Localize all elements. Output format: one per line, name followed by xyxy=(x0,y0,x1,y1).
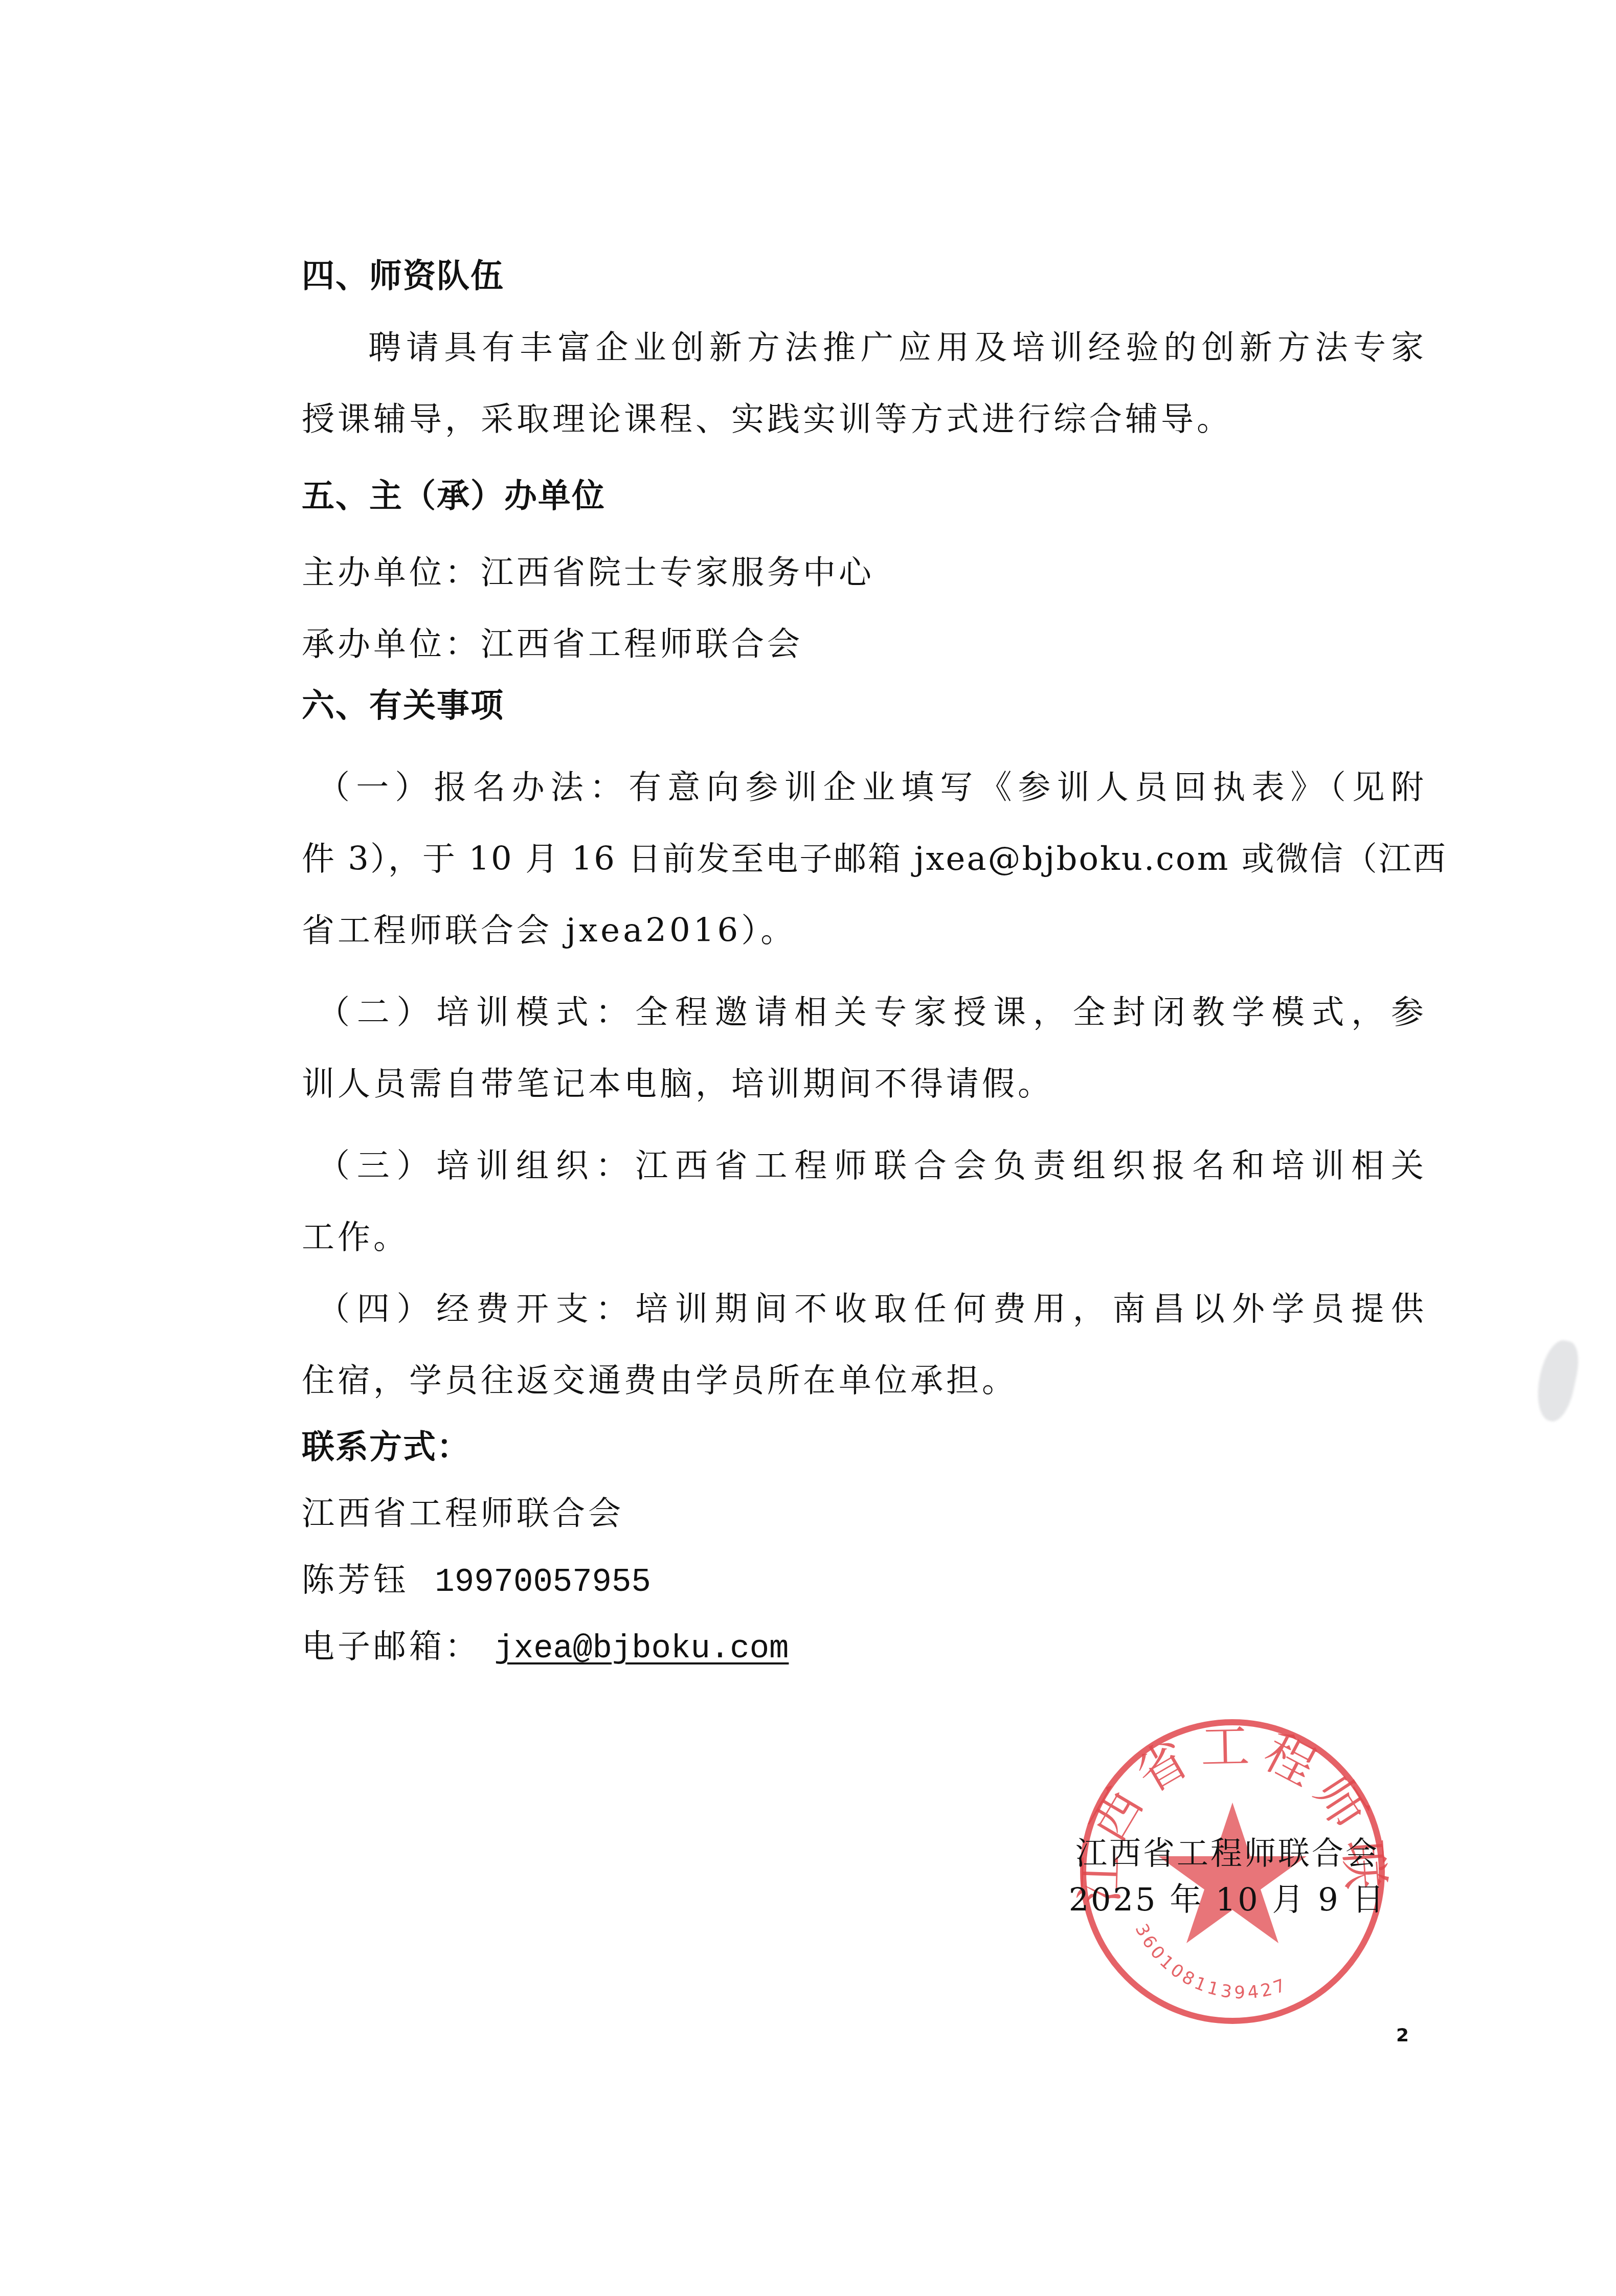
contact-email-row: 电子邮箱： jxea@bjboku.com xyxy=(302,1626,1427,1670)
section-heading-matters: 六、有关事项 xyxy=(302,685,1427,726)
document-page: 四、师资队伍 聘请具有丰富企业创新方法推广应用及培训经验的创新方法专家 授课辅导… xyxy=(0,0,1616,2296)
paragraph-line: 住宿，学员往返交通费由学员所在单位承担。 xyxy=(302,1360,1427,1401)
host-organizer: 主办单位：江西省院士专家服务中心 xyxy=(302,552,1427,593)
paragraph-line: 训人员需自带笔记本电脑，培训期间不得请假。 xyxy=(302,1064,1427,1105)
paragraph-line: 件 3），于 10 月 16 日前发至电子邮箱 jxea@bjboku.com … xyxy=(302,839,1427,880)
contact-heading: 联系方式： xyxy=(302,1427,1427,1468)
contact-person-row: 陈芳钰 19970057955 xyxy=(302,1560,1427,1603)
scan-smudge xyxy=(1531,1337,1583,1424)
paragraph-line: （二）培训模式：全程邀请相关专家授课，全封闭教学模式，参 xyxy=(317,992,1427,1033)
paragraph-line: （四）经费开支：培训期间不收取任何费用，南昌以外学员提供 xyxy=(317,1289,1427,1330)
contact-organization: 江西省工程师联合会 xyxy=(302,1493,1427,1534)
paragraph-line: （一）报名办法：有意向参训企业填写《参训人员回执表》（见附 xyxy=(317,767,1427,808)
section-heading-faculty: 四、师资队伍 xyxy=(302,256,1427,297)
page-number: 2 xyxy=(1396,2025,1409,2046)
contact-email-link[interactable]: jxea@bjboku.com xyxy=(494,1631,789,1668)
paragraph-line: （三）培训组织：江西省工程师联合会负责组织报名和培训相关 xyxy=(317,1145,1427,1186)
signature-organization: 江西省工程师联合会 xyxy=(1048,1833,1406,1874)
signature-date: 2025 年 10 月 9 日 xyxy=(1048,1879,1406,1920)
co-organizer: 承办单位：江西省工程师联合会 xyxy=(302,624,1427,665)
contact-person: 陈芳钰 xyxy=(302,1561,409,1599)
contact-email-label: 电子邮箱： xyxy=(302,1628,481,1665)
contact-phone: 19970057955 xyxy=(435,1564,650,1601)
section-heading-organizers: 五、主（承）办单位 xyxy=(302,476,1427,516)
paragraph-line: 授课辅导，采取理论课程、实践实训等方式进行综合辅导。 xyxy=(302,399,1427,440)
paragraph-line: 聘请具有丰富企业创新方法推广应用及培训经验的创新方法专家 xyxy=(368,327,1427,368)
paragraph-line: 工作。 xyxy=(302,1217,1427,1258)
paragraph-line: 省工程师联合会 jxea2016）。 xyxy=(302,910,1427,951)
